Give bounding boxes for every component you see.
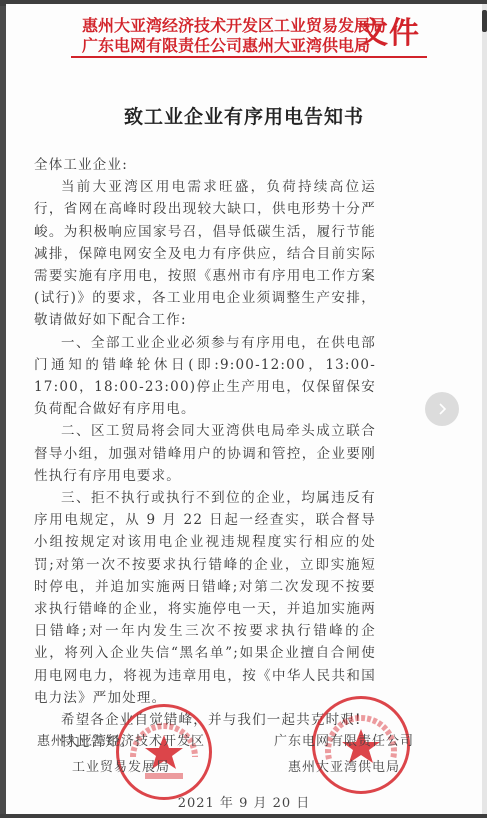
document-title: 致工业企业有序用电告知书 [6, 102, 482, 129]
paragraph-intro: 当前大亚湾区用电需求旺盛，负荷持续高位运行，省网在高峰时段出现较大缺口，供电形势… [34, 176, 376, 331]
issuing-organizations: 惠州大亚湾经济技术开发区工业贸易发展局 广东电网有限责任公司惠州大亚湾供电局 [82, 16, 352, 56]
paragraph-item-2: 二、区工贸局将会同大亚湾供电局牵头成立联合督导小组，加强对错峰用户的协调和管控，… [34, 420, 376, 487]
paragraph-item-1: 一、全部工业企业必须参与有序用电，在供电部门通知的错峰轮休日(即:9:00-12… [34, 332, 376, 421]
signature-right: 广东电网有限责任公司 惠州大亚湾供电局 [264, 729, 424, 781]
signature-right-line1: 广东电网有限责任公司 [264, 729, 424, 755]
salutation: 全体工业企业: [34, 154, 376, 176]
issuer-1: 惠州大亚湾经济技术开发区工业贸易发展局 [82, 16, 352, 36]
issuer-2: 广东电网有限责任公司惠州大亚湾供电局 [82, 36, 352, 56]
scrollbar-thumb[interactable] [482, 10, 487, 32]
signature-right-line2: 惠州大亚湾供电局 [264, 755, 424, 781]
next-page-button[interactable] [425, 392, 459, 426]
viewer-bottom-bar [0, 814, 487, 818]
signature-left-line2: 工业贸易发展局 [36, 755, 206, 781]
paragraph-item-3: 三、拒不执行或执行不到位的企业，均属违反有序用电规定，从 9 月 22 日起一经… [34, 487, 376, 709]
document-viewer: 惠州大亚湾经济技术开发区工业贸易发展局 广东电网有限责任公司惠州大亚湾供电局 文… [6, 4, 482, 814]
signature-left-line1: 惠州大亚湾经济技术开发区 [36, 729, 206, 755]
header-red-rule [71, 56, 427, 58]
document-type-label: 文件 [358, 17, 420, 51]
signature-left: 惠州大亚湾经济技术开发区 工业贸易发展局 [36, 729, 206, 781]
document-date: 2021 年 9 月 20 日 [6, 792, 482, 811]
document-header: 惠州大亚湾经济技术开发区工业贸易发展局 广东电网有限责任公司惠州大亚湾供电局 文… [6, 4, 482, 62]
document-body: 全体工业企业: 当前大亚湾区用电需求旺盛，负荷持续高位运行，省网在高峰时段出现较… [34, 154, 376, 753]
chevron-right-icon [435, 402, 449, 416]
vertical-scrollbar[interactable] [482, 4, 487, 814]
